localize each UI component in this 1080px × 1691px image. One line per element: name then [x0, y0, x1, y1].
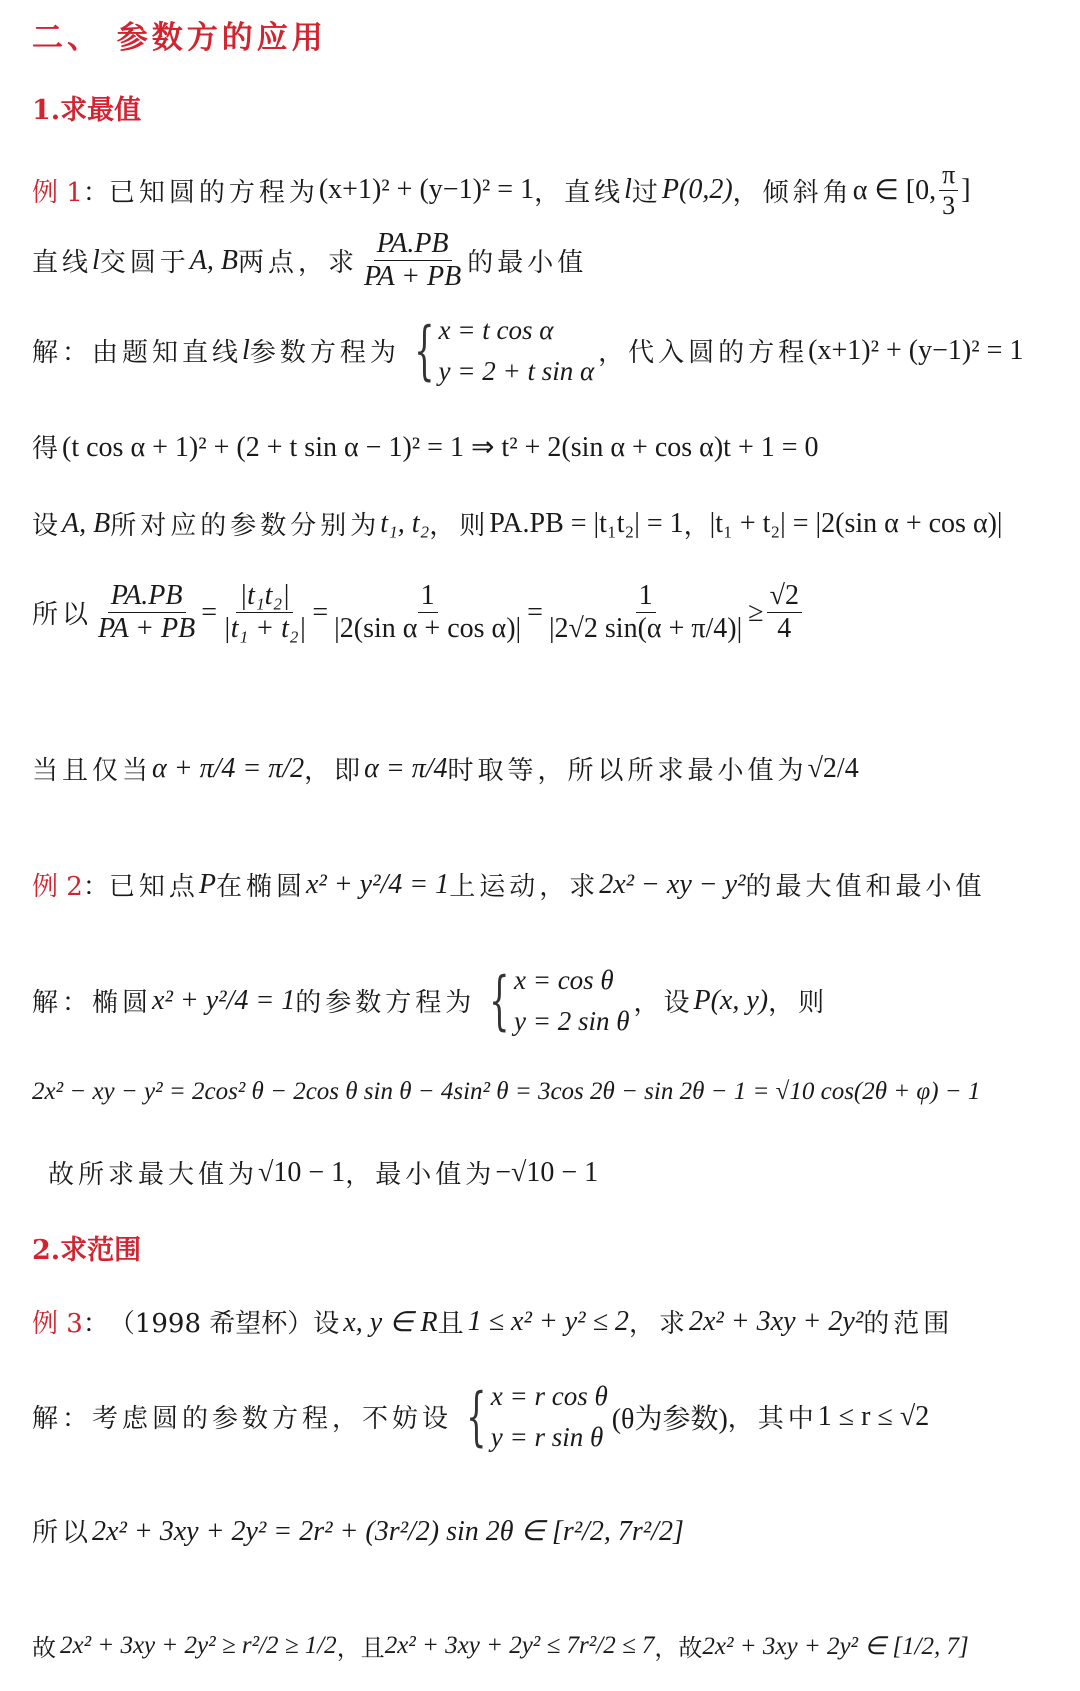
text: 上运动，求 — [449, 866, 599, 903]
point-P: P — [199, 869, 216, 901]
parameter-note: (θ为参数) — [612, 1397, 728, 1437]
angle-range-prefix: α ∈ [0, — [853, 173, 936, 207]
fraction-4: 1 |2√2 sin(α + π/4)| — [546, 580, 745, 645]
text: 参数方程为 — [250, 332, 400, 369]
solution-label: 解： — [32, 982, 92, 1019]
text: ，求 — [629, 1303, 689, 1340]
text: 且 — [438, 1303, 468, 1340]
text: ，最小值为 — [345, 1154, 495, 1191]
numerator: π — [939, 160, 958, 191]
target-expression: 2x² + 3xy + 2y² — [689, 1306, 863, 1338]
ellipse-equation: x² + y²/4 = 1 — [152, 985, 295, 1017]
example-3-solution-line-3: 故 2x² + 3xy + 2y² ≥ r²/2 ≥ 1/2 ，且 2x² + … — [32, 1628, 969, 1663]
lower-bound: 2x² + 3xy + 2y² ≥ r²/2 ≥ 1/2 — [60, 1632, 337, 1660]
text: 故所求最大值为 — [48, 1154, 258, 1191]
example-2-statement: 例 2 ： 已知点 P 在椭圆 x² + y²/4 = 1 上运动，求 2x² … — [32, 866, 986, 903]
text: ，直线 — [534, 172, 624, 209]
text: 已知圆的方程为 — [109, 172, 319, 209]
denominator: PA + PB — [95, 613, 198, 645]
system-row-2: y = 2 + t sin α — [439, 351, 595, 392]
example-3-solution-line-2: 所以 2x² + 3xy + 2y² = 2r² + (3r²/2) sin 2… — [32, 1512, 684, 1549]
solution-label: 解： — [32, 332, 92, 369]
example-1-solution-line-2: 得 (t cos α + 1)² + (2 + t sin α − 1)² = … — [32, 428, 819, 465]
example-1-solution-line-3: 设 A, B 所对应的参数分别为 t₁, t₂ ，则 PA.PB = |t₁t₂… — [32, 505, 1003, 542]
alpha-value: α = π/4 — [364, 753, 447, 785]
left-brace-icon: { — [489, 969, 509, 1033]
example-3-solution-line-1: 解： 考虑圆的参数方程，不妨设 { x = r cos θ y = r sin … — [32, 1376, 929, 1457]
product-equation: PA.PB = |t₁t₂| = 1 — [489, 508, 683, 540]
separator: ， — [684, 505, 710, 542]
text: ，则 — [429, 505, 489, 542]
text: ，且 — [337, 1628, 385, 1663]
text: 已知点 — [109, 866, 199, 903]
example-1-statement-line-1: 例 1 ： 已知圆的方程为 (x+1)² + (y−1)² = 1 ，直线 l … — [32, 160, 971, 221]
colon: ： — [83, 1303, 109, 1340]
minimum-value: −√10 − 1 — [495, 1157, 598, 1189]
system-row-1: x = t cos α — [439, 310, 595, 351]
text: ，代入圆的方程 — [598, 332, 808, 369]
maximum-value: √10 − 1 — [258, 1157, 345, 1189]
ellipse-equation: x² + y²/4 = 1 — [306, 869, 449, 901]
point-P-xy: P(x, y) — [693, 985, 768, 1017]
numerator: |t₁t₂| — [236, 580, 292, 613]
text: 椭圆 — [92, 982, 152, 1019]
text: 故 — [32, 1628, 60, 1663]
example-2-solution-line-3: 故所求最大值为 √10 − 1 ，最小值为 −√10 − 1 — [48, 1154, 598, 1191]
example-1-label: 例 1 — [32, 172, 83, 209]
text: 当且仅当 — [32, 750, 152, 787]
target-expression: 2x² − xy − y² — [599, 869, 745, 901]
equality-condition: α + π/4 = π/2 — [152, 753, 304, 785]
text: 考虑圆的参数方程，不妨设 — [92, 1398, 452, 1435]
final-range: 2x² + 3xy + 2y² ∈ [1/2, 7] — [702, 1631, 968, 1661]
fraction-target: PA.PB PA + PB — [361, 228, 464, 293]
text: ，设 — [633, 982, 693, 1019]
substituted-equation: (t cos α + 1)² + (2 + t sin α − 1)² = 1 … — [62, 430, 819, 464]
example-1-solution-line-4: 所以 PA.PB PA + PB = |t₁t₂| |t₁ + t₂| = 1 … — [32, 580, 805, 645]
trig-transformation: 2x² − xy − y² = 2cos² θ − 2cos θ sin θ −… — [32, 1078, 980, 1106]
condition-real: x, y ∈ R — [343, 1305, 437, 1339]
system-row-1: x = r cos θ — [491, 1376, 608, 1417]
text: 的参数方程为 — [295, 982, 475, 1019]
text: 的最大值和最小值 — [746, 866, 986, 903]
denominator: |2√2 sin(α + π/4)| — [546, 613, 745, 645]
text: 的范围 — [863, 1303, 953, 1340]
numerator: √2 — [767, 580, 802, 613]
section-title: 二、 参数方的应用 — [32, 12, 327, 57]
numerator: PA.PB — [108, 580, 186, 613]
text: 所以 — [32, 1512, 92, 1549]
text: ，倾斜角 — [733, 172, 853, 209]
example-1-solution-line-1: 解： 由题知直线 l 参数方程为 { x = t cos α y = 2 + t… — [32, 310, 1023, 391]
point-P: P(0,2) — [662, 174, 733, 206]
solution-label: 解： — [32, 1398, 92, 1435]
parametric-system: { x = cos θ y = 2 sin θ — [479, 960, 629, 1041]
subsection-title-range: 2.求范围 — [32, 1228, 141, 1267]
text: 所对应的参数分别为 — [110, 505, 380, 542]
colon: ： — [83, 866, 109, 903]
example-1-statement-line-2: 直线 l 交圆于 A, B 两点，求 PA.PB PA + PB 的最小值 — [32, 228, 587, 293]
numerator: PA.PB — [374, 228, 452, 261]
denominator: |2(sin α + cos α)| — [331, 613, 524, 645]
points-AB: A, B — [62, 508, 110, 540]
line-symbol: l — [92, 245, 100, 277]
parametric-system: { x = t cos α y = 2 + t sin α — [404, 310, 594, 391]
denominator: 4 — [774, 613, 794, 645]
left-brace-icon: { — [414, 319, 434, 383]
text: 过 — [632, 172, 662, 209]
numerator: 1 — [418, 580, 438, 613]
angle-range-suffix: ] — [961, 174, 970, 206]
text: 的最小值 — [467, 242, 587, 279]
upper-bound: 2x² + 3xy + 2y² ≤ 7r²/2 ≤ 7 — [385, 1632, 655, 1660]
text: 设 — [32, 505, 62, 542]
colon: ： — [83, 172, 109, 209]
text: 在椭圆 — [216, 866, 306, 903]
example-3-statement: 例 3 ： （1998 希望杯） 设 x, y ∈ R 且 1 ≤ x² + y… — [32, 1303, 953, 1340]
fraction-2: |t₁t₂| |t₁ + t₂| — [220, 580, 309, 645]
system-row-2: y = r sin θ — [491, 1417, 608, 1458]
points-AB: A, B — [190, 245, 238, 277]
subsection-title-max-min: 1.求最值 — [32, 88, 141, 127]
circle-equation: (x+1)² + (y−1)² = 1 — [808, 335, 1023, 367]
polar-substitution: 2x² + 3xy + 2y² = 2r² + (3r²/2) sin 2θ ∈… — [92, 1514, 684, 1548]
condition-bound: 1 ≤ x² + y² ≤ 2 — [468, 1306, 629, 1338]
equals: = — [312, 597, 328, 629]
numerator: 1 — [636, 580, 656, 613]
system-row-2: y = 2 sin θ — [514, 1001, 629, 1042]
fraction-1: PA.PB PA + PB — [95, 580, 198, 645]
text: 设 — [313, 1303, 343, 1340]
text: 两点，求 — [238, 242, 358, 279]
text: 由题知直线 — [92, 332, 242, 369]
parametric-system: { x = r cos θ y = r sin θ — [456, 1376, 608, 1457]
denominator: PA + PB — [361, 261, 464, 293]
text: 时取等，所以所求最小值为 — [448, 750, 808, 787]
text: 得 — [32, 428, 62, 465]
sum-equation: |t₁ + t₂| = |2(sin α + cos α)| — [710, 508, 1003, 540]
fraction-result: √2 4 — [767, 580, 802, 645]
left-brace-icon: { — [466, 1385, 486, 1449]
text: 交圆于 — [100, 242, 190, 279]
example-2-solution-line-1: 解： 椭圆 x² + y²/4 = 1 的参数方程为 { x = cos θ y… — [32, 960, 828, 1041]
text: ，其中 — [728, 1398, 818, 1435]
denominator: |t₁ + t₂| — [220, 613, 309, 645]
denominator: 3 — [939, 191, 958, 221]
line-symbol: l — [624, 174, 632, 206]
text: 所以 — [32, 594, 92, 631]
example-1-solution-line-5: 当且仅当 α + π/4 = π/2 ，即 α = π/4 时取等，所以所求最小… — [32, 750, 859, 787]
source: （1998 希望杯） — [109, 1303, 313, 1340]
line-symbol: l — [242, 335, 250, 367]
example-2-solution-line-2: 2x² − xy − y² = 2cos² θ − 2cos θ sin θ −… — [32, 1078, 980, 1106]
text: ，即 — [304, 750, 364, 787]
text: 直线 — [32, 242, 92, 279]
text: ，故 — [654, 1628, 702, 1663]
equals: = — [527, 597, 543, 629]
equals: = — [201, 597, 217, 629]
circle-equation: (x+1)² + (y−1)² = 1 — [319, 174, 534, 206]
minimum-value: √2/4 — [808, 753, 859, 785]
fraction-pi-over-3: π 3 — [939, 160, 958, 221]
system-row-1: x = cos θ — [514, 960, 629, 1001]
r-range: 1 ≤ r ≤ √2 — [818, 1401, 929, 1433]
fraction-3: 1 |2(sin α + cos α)| — [331, 580, 524, 645]
example-2-label: 例 2 — [32, 866, 83, 903]
parameters-t1-t2: t₁, t₂ — [380, 508, 429, 540]
text: ，则 — [768, 982, 828, 1019]
geq: ≥ — [748, 597, 763, 629]
example-3-label: 例 3 — [32, 1303, 83, 1340]
